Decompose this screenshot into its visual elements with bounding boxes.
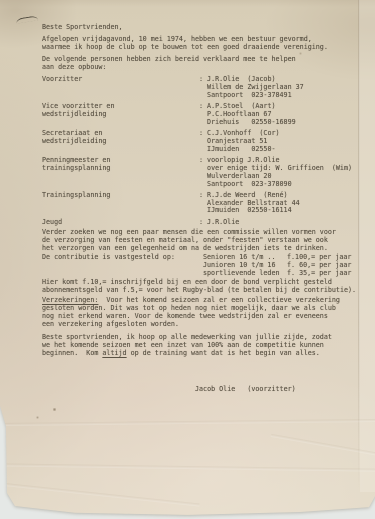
paper-crease — [0, 463, 375, 472]
officer-detail: Driehuis 02550-16899 — [199, 119, 358, 127]
contribution-lead-spacer — [42, 262, 203, 270]
officer-role: wedstrijdleiding — [42, 111, 199, 119]
paper-sheet: Beste Sportvrienden, Afgelopen vrijdagav… — [0, 0, 375, 519]
officer-detail: Santpoort 023-378491 — [199, 92, 358, 100]
officer-entry-voorzitter: Voorzitter : J.R.Olie (Jacob) Willem de … — [42, 76, 358, 99]
officer-detail: Santpoort 023-378090 — [199, 181, 358, 189]
contribution-table: De contributie is vastgesteld op: Senior… — [42, 254, 358, 277]
intro-paragraph: Afgelopen vrijdagavond, 10 mei 1974, heb… — [42, 36, 358, 52]
closing-paragraph: Beste sportvrienden, ik hoop op alle med… — [42, 334, 358, 357]
committee-line: het verzorgen van een gelegenheid om na … — [42, 245, 358, 253]
pen-scratch-mark — [16, 15, 39, 23]
contribution-lead: De contributie is vastgesteld op: — [42, 254, 203, 262]
closing-emphasis: altijd — [102, 349, 126, 357]
insurance-paragraph: Verzekeringen: Voor het komend seizoen z… — [42, 297, 358, 328]
intro-line: waarmee ik hoop de club op te bouwen tot… — [42, 44, 358, 52]
closing-line-post: op de training want dat is het begin van… — [127, 349, 320, 357]
contribution-amount: f. 35,= per jaar — [287, 270, 358, 278]
contribution-lead-spacer — [42, 270, 203, 278]
insurance-line-rest: Voor het komend seizoen zal er een colle… — [98, 296, 340, 304]
officer-entry-trainingsplanning: Trainingsplanning : R.J.de Weerd (René) … — [42, 192, 358, 215]
officer-entry-jeugd: Jeugd : J.R.Olie — [42, 219, 358, 227]
officer-entry-penningmeester: Penningmeester en trainingsplanning : vo… — [42, 157, 358, 188]
contribution-row: sportlievende leden f. 35,= per jaar — [42, 270, 358, 278]
officer-detail: : J.R.Olie — [199, 219, 358, 227]
officer-role: Voorzitter — [42, 76, 199, 84]
paper-crease — [0, 481, 200, 507]
registration-line: abonnementsgeld van f.5,= voor het Rugby… — [42, 287, 358, 295]
paper-crease — [0, 419, 375, 426]
registration-paragraph: Hier komt f.10,= inschrijfgeld bij en ee… — [42, 279, 358, 295]
committee-paragraph: Verder zoeken we nog een paar mensen die… — [42, 229, 358, 252]
salutation: Beste Sportvrienden, — [42, 24, 358, 32]
announce-paragraph: De volgende personen hebben zich bereid … — [42, 56, 358, 72]
officer-role: Trainingsplanning — [42, 192, 199, 200]
insurance-heading: Verzekeringen: — [42, 296, 98, 304]
signature: Jacob Olie (voorzitter) — [195, 386, 358, 394]
paper-specks — [0, 0, 1, 1]
contribution-item: sportlievende leden — [203, 270, 287, 278]
officer-entry-secretariaat: Secretariaat en wedstrijdleiding : C.J.V… — [42, 130, 358, 153]
board-list: Voorzitter : J.R.Olie (Jacob) Willem de … — [42, 76, 358, 226]
officer-role: wedstrijdleiding — [42, 138, 199, 146]
closing-line-pre: beginnen. Kom — [42, 349, 102, 357]
announce-line: aan deze opbouw: — [42, 64, 358, 72]
officer-detail: IJmuiden 02550-16114 — [199, 207, 358, 215]
officer-detail: IJmuiden 02550- — [199, 146, 358, 154]
insurance-line: een verzekering afgesloten worden. — [42, 321, 358, 329]
closing-line: beginnen. Kom altijd op de training want… — [42, 350, 358, 358]
letter-body: Beste Sportvrienden, Afgelopen vrijdagav… — [42, 24, 358, 394]
officer-role: Jeugd — [42, 219, 199, 227]
officer-entry-vice-voorzitter: Vice voorzitter en wedstrijdleiding : A.… — [42, 103, 358, 126]
scanned-letter-page: Beste Sportvrienden, Afgelopen vrijdagav… — [0, 0, 375, 519]
officer-role: trainingsplanning — [42, 165, 199, 173]
